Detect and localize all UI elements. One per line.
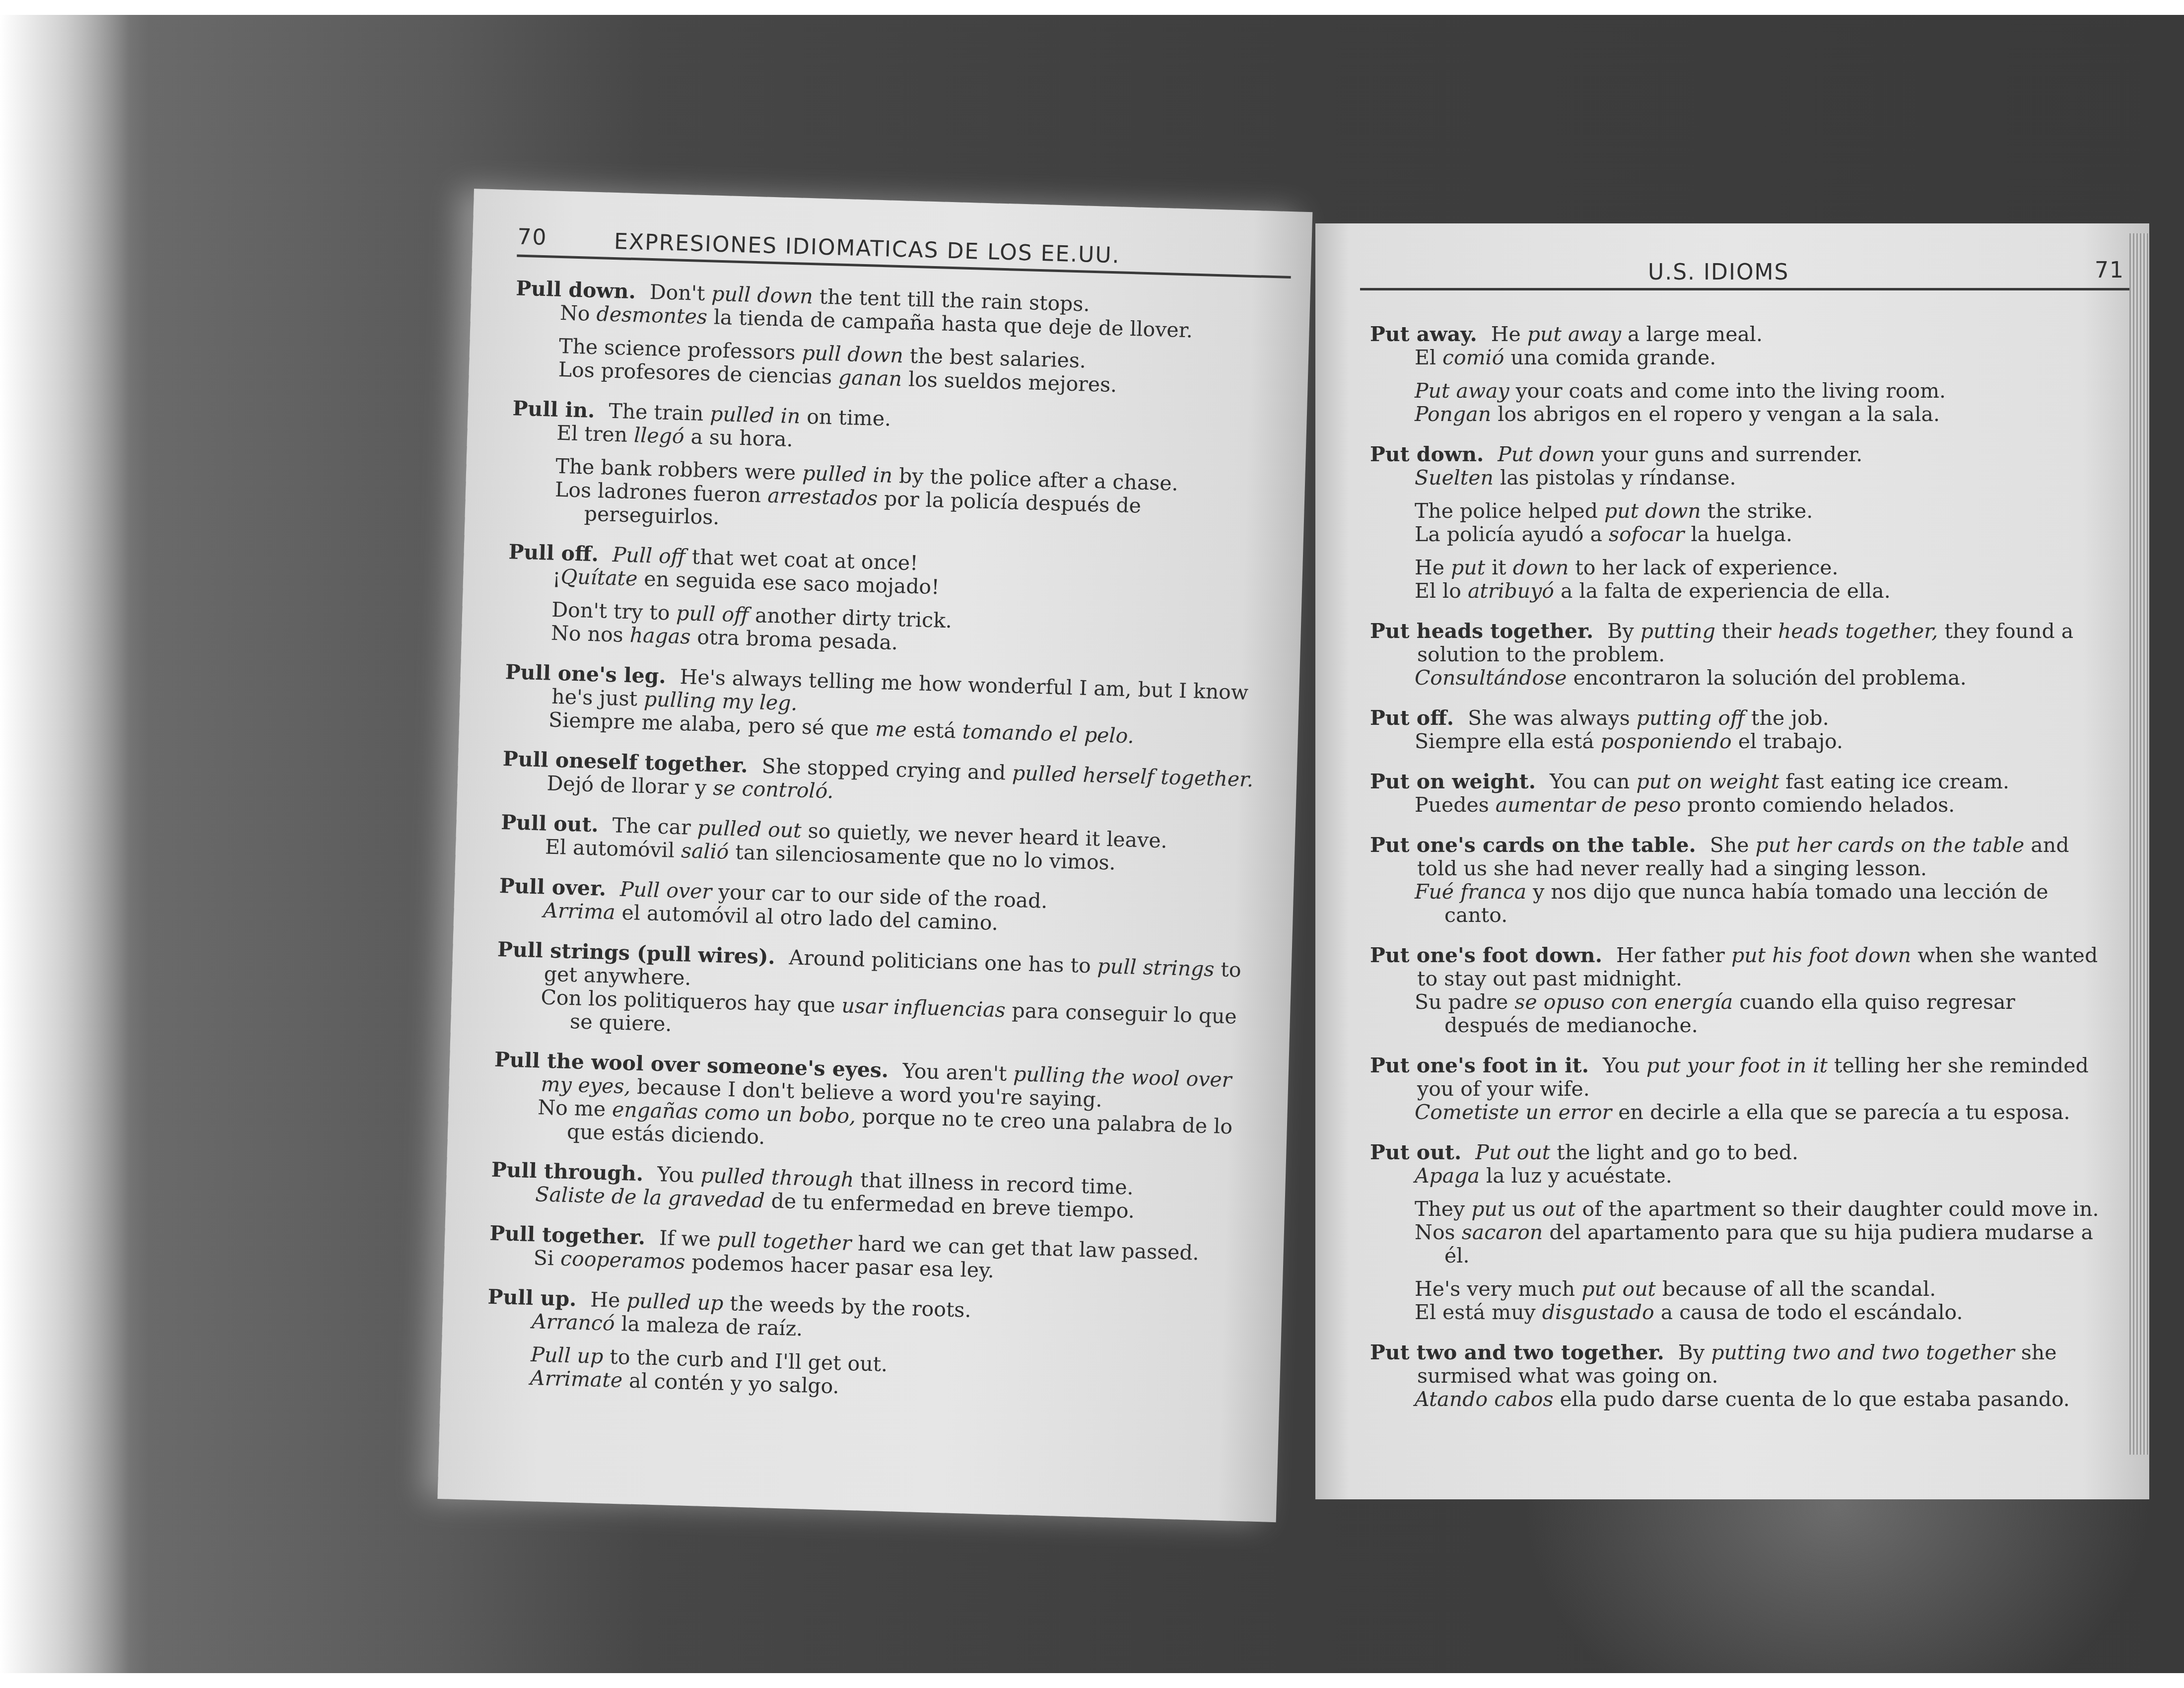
spanish-translation: Consultándose encontraron la solución de…	[1370, 666, 2105, 690]
spanish-translation: Siempre ella está posponiendo el trabajo…	[1370, 730, 2105, 753]
usage-example: They put us out of the apartment so thei…	[1370, 1197, 2105, 1267]
idiom-headword: Put one's cards on the table.	[1370, 833, 1696, 857]
idiom-entry: Put two and two together.By putting two …	[1370, 1341, 2105, 1411]
idiom-entry: Put away.He put away a large meal.El com…	[1370, 323, 2105, 426]
usage-example: Pull one's leg.He's always telling me ho…	[504, 660, 1270, 752]
usage-example: Pull strings (pull wires).Around politic…	[495, 938, 1262, 1053]
usage-example: Pull off.Pull off that wet coat at once!…	[508, 540, 1273, 608]
usage-example: The science professors pull down the bes…	[513, 333, 1279, 401]
idiom-headword: Put down.	[1370, 442, 1484, 466]
idiom-headword: Put away.	[1370, 322, 1477, 346]
idiom-headword: Pull up.	[487, 1285, 577, 1311]
idiom-entry: Put out.Put out the light and go to bed.…	[1370, 1141, 2105, 1324]
usage-example: Pull oneself together.She stopped crying…	[502, 747, 1267, 815]
usage-example: Put away.He put away a large meal.El com…	[1370, 323, 2105, 369]
usage-example: Pull in.The train pulled in on time.El t…	[512, 397, 1277, 465]
spanish-translation: Nos sacaron del apartamento para que su …	[1370, 1221, 2105, 1267]
idiom-headword: Put one's foot down.	[1370, 943, 1602, 967]
idiom-entry: Pull over.Pull over your car to our side…	[498, 874, 1264, 942]
usage-example: Pull the wool over someone's eyes.You ar…	[492, 1048, 1259, 1163]
idiom-entry: Pull strings (pull wires).Around politic…	[495, 938, 1262, 1053]
usage-example: The police helped put down the strike.La…	[1370, 499, 2105, 546]
english-sentence: Put on weight.You can put on weight fast…	[1370, 770, 2105, 793]
usage-example: Put out.Put out the light and go to bed.…	[1370, 1141, 2105, 1188]
idiom-headword: Pull one's leg.	[505, 660, 666, 688]
english-sentence: He's very much put out because of all th…	[1370, 1277, 2105, 1301]
usage-example: Put away your coats and come into the li…	[1370, 379, 2105, 426]
english-sentence: The police helped put down the strike.	[1370, 499, 2105, 523]
spanish-translation: Puedes aumentar de peso pronto comiendo …	[1370, 793, 2105, 817]
english-sentence: They put us out of the apartment so thei…	[1370, 1197, 2105, 1221]
book-page-edges	[2129, 233, 2149, 1455]
spanish-translation: Suelten las pistolas y ríndanse.	[1370, 466, 2105, 490]
english-sentence: Put away.He put away a large meal.	[1370, 323, 2105, 346]
idiom-headword: Pull down.	[516, 276, 636, 303]
idiom-headword: Put two and two together.	[1370, 1340, 1664, 1364]
idiom-entry: Pull oneself together.She stopped crying…	[502, 747, 1267, 815]
english-sentence: He put it down to her lack of experience…	[1370, 556, 2105, 579]
spanish-translation: Apaga la luz y acuéstate.	[1370, 1164, 2105, 1188]
usage-example: Put heads together.By putting their head…	[1370, 620, 2105, 690]
usage-example: He put it down to her lack of experience…	[1370, 556, 2105, 603]
english-sentence: Put out.Put out the light and go to bed.	[1370, 1141, 2105, 1164]
spanish-translation: Atando cabos ella pudo darse cuenta de l…	[1370, 1388, 2105, 1411]
spanish-translation: Cometiste un error en decirle a ella que…	[1370, 1101, 2105, 1124]
usage-example: Don't try to pull off another dirty tric…	[506, 597, 1271, 665]
idiom-entry: Put one's foot down.Her father put his f…	[1370, 944, 2105, 1037]
scanner-edge-glare	[0, 15, 129, 1673]
usage-example: Put on weight.You can put on weight fast…	[1370, 770, 2105, 817]
usage-example: He's very much put out because of all th…	[1370, 1277, 2105, 1324]
usage-example: Put one's foot down.Her father put his f…	[1370, 944, 2105, 1037]
spanish-translation: Fué franca y nos dijo que nunca había to…	[1370, 880, 2105, 927]
running-head-left: 70 EXPRESIONES IDIOMATICAS DE LOS EE.UU.	[517, 219, 1292, 279]
page-number: 70	[517, 224, 547, 250]
running-head-right: U.S. IDIOMS 71	[1360, 253, 2129, 290]
english-sentence: Put down.Put down your guns and surrende…	[1370, 443, 2105, 466]
spanish-translation: El comió una comida grande.	[1370, 346, 2105, 369]
idiom-entry: Pull the wool over someone's eyes.You ar…	[492, 1048, 1259, 1163]
english-sentence: Put heads together.By putting their head…	[1370, 620, 2105, 666]
idiom-headword: Put off.	[1370, 706, 1454, 730]
english-sentence: Put off.She was always putting off the j…	[1370, 706, 2105, 730]
english-sentence: Put one's foot in it.You put your foot i…	[1370, 1054, 2105, 1101]
idiom-headword: Put out.	[1370, 1140, 1461, 1164]
usage-example: Put off.She was always putting off the j…	[1370, 706, 2105, 753]
usage-example: Pull out.The car pulled out so quietly, …	[500, 811, 1265, 879]
english-sentence: Put one's cards on the table.She put her…	[1370, 834, 2105, 880]
idiom-entry: Put heads together.By putting their head…	[1370, 620, 2105, 690]
idiom-entry: Put one's foot in it.You put your foot i…	[1370, 1054, 2105, 1124]
idiom-headword: Pull through.	[491, 1158, 644, 1186]
idiom-entry: Pull in.The train pulled in on time.El t…	[509, 397, 1277, 545]
left-page: 70 EXPRESIONES IDIOMATICAS DE LOS EE.UU.…	[437, 189, 1312, 1522]
usage-example: Pull up to the curb and I'll get out.Arr…	[485, 1342, 1251, 1410]
usage-example: Pull down.Don't pull down the tent till …	[515, 277, 1280, 345]
idiom-entry: Pull off.Pull off that wet coat at once!…	[506, 540, 1273, 665]
usage-example: Put two and two together.By putting two …	[1370, 1341, 2105, 1411]
usage-example: Pull over.Pull over your car to our side…	[498, 874, 1264, 942]
idiom-entry: Pull through.You pulled through that ill…	[490, 1158, 1256, 1226]
idiom-entry: Put down.Put down your guns and surrende…	[1370, 443, 2105, 603]
running-head-title: U.S. IDIOMS	[1648, 260, 1789, 285]
idiom-headword: Put heads together.	[1370, 619, 1593, 643]
idiom-entry: Pull up.He pulled up the weeds by the ro…	[485, 1285, 1252, 1410]
idiom-entry: Pull out.The car pulled out so quietly, …	[500, 811, 1265, 879]
idiom-entry: Pull down.Don't pull down the tent till …	[513, 277, 1280, 401]
english-sentence: Put one's foot down.Her father put his f…	[1370, 944, 2105, 990]
english-sentence: Put two and two together.By putting two …	[1370, 1341, 2105, 1388]
spanish-translation: Pongan los abrigos en el ropero y vengan…	[1370, 403, 2105, 426]
spanish-translation: La policía ayudó a sofocar la huelga.	[1370, 523, 2105, 546]
idiom-entry: Put on weight.You can put on weight fast…	[1370, 770, 2105, 817]
english-sentence: Put away your coats and come into the li…	[1370, 379, 2105, 403]
running-head-title: EXPRESIONES IDIOMATICAS DE LOS EE.UU.	[614, 229, 1120, 268]
usage-example: Pull through.You pulled through that ill…	[490, 1158, 1256, 1226]
idiom-headword: Pull in.	[512, 396, 595, 422]
usage-example: Put one's cards on the table.She put her…	[1370, 834, 2105, 927]
right-page: U.S. IDIOMS 71 Put away.He put away a la…	[1315, 223, 2149, 1499]
idiom-entry: Put one's cards on the table.She put her…	[1370, 834, 2105, 927]
usage-example: Put down.Put down your guns and surrende…	[1370, 443, 2105, 490]
usage-example: The bank robbers were pulled in by the p…	[509, 453, 1275, 545]
spanish-translation: Su padre se opuso con energía cuando ell…	[1370, 990, 2105, 1037]
spanish-translation: El está muy disgustado a causa de todo e…	[1370, 1301, 2105, 1324]
idiom-entries: Pull down.Don't pull down the tent till …	[485, 277, 1281, 1426]
idiom-headword: Pull over.	[499, 874, 607, 901]
idiom-headword: Put one's foot in it.	[1370, 1054, 1589, 1077]
idiom-entry: Pull together.If we pull together hard w…	[488, 1222, 1254, 1290]
idiom-headword: Pull out.	[501, 810, 599, 837]
usage-example: Pull together.If we pull together hard w…	[488, 1222, 1254, 1290]
idiom-headword: Pull off.	[508, 540, 599, 566]
idiom-headword: Pull together.	[489, 1221, 646, 1250]
spanish-translation: El lo atribuyó a la falta de experiencia…	[1370, 579, 2105, 603]
usage-example: Put one's foot in it.You put your foot i…	[1370, 1054, 2105, 1124]
idiom-headword: Put on weight.	[1370, 770, 1536, 793]
idiom-entry: Put off.She was always putting off the j…	[1370, 706, 2105, 753]
usage-example: Pull up.He pulled up the weeds by the ro…	[487, 1285, 1252, 1353]
idiom-entries: Put away.He put away a large meal.El com…	[1370, 323, 2105, 1428]
page-number: 71	[2095, 258, 2124, 283]
idiom-entry: Pull one's leg.He's always telling me ho…	[504, 660, 1270, 752]
